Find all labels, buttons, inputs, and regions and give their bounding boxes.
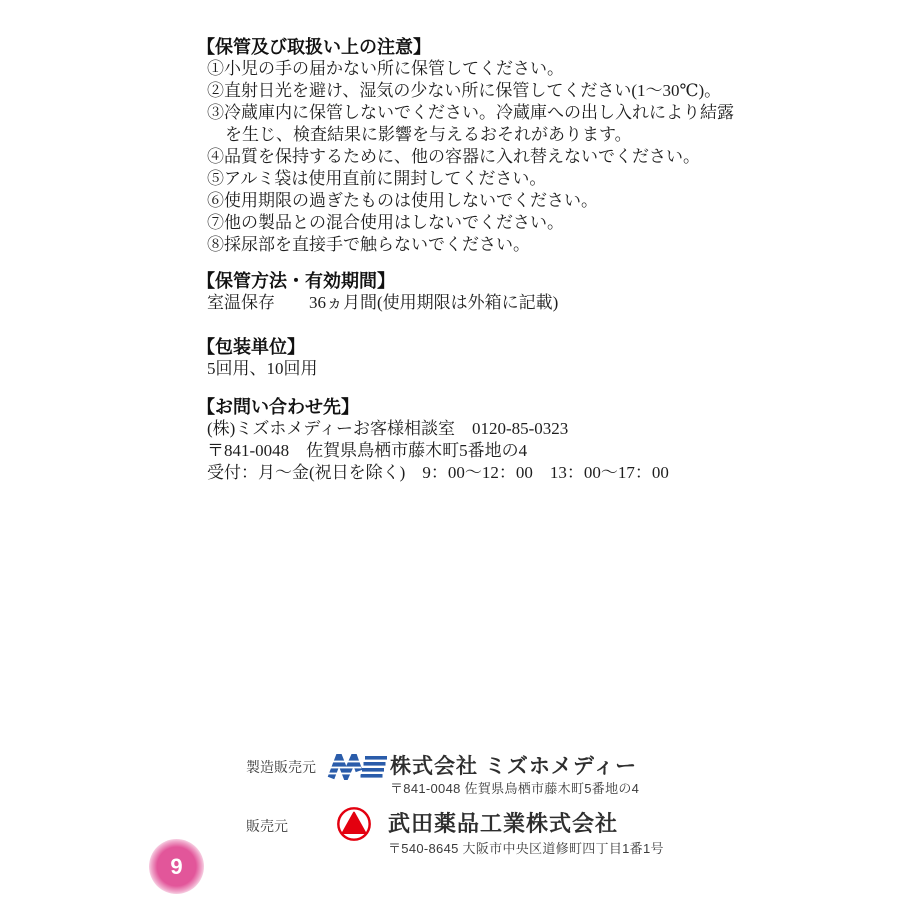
notice-line-7: ⑦他の製品との混合使用はしないでください。 [197,212,797,234]
takeda-circle-triangle-logo-icon [335,805,373,843]
mizuho-me-logo-icon [327,754,389,780]
notice-line-2: ②直射日光を避け、湿気の少ない所に保管してください(1～30℃)。 [197,80,797,102]
section-contact: 【お問い合わせ先】 (株)ミズホメディーお客様相談室 0120-85-0323 … [197,396,797,484]
distributor-address: 〒540-8645 大阪市中央区道修町四丁目1番1号 [388,838,664,857]
package-unit-line: 5回用、10回用 [197,358,797,380]
notice-line-8: ⑧採尿部を直接手で触らないでください。 [197,234,797,256]
section-heading: 【保管及び取扱い上の注意】 [197,36,797,58]
section-heading: 【包装単位】 [197,336,797,358]
page-number: 9 [170,854,182,880]
notice-line-3: ③冷蔵庫内に保管しないでください。冷蔵庫への出し入れにより結露 [197,102,797,124]
notice-line-4: ④品質を保持するために、他の容器に入れ替えないでください。 [197,146,797,168]
contact-address-line: 〒841-0048 佐賀県鳥栖市藤木町5番地の4 [197,440,797,462]
contact-phone-line: (株)ミズホメディーお客様相談室 0120-85-0323 [197,418,797,440]
notice-line-5: ⑤アルミ袋は使用直前に開封してください。 [197,168,797,190]
notice-line-3-continued: を生じ、検査結果に影響を与えるおそれがあります。 [197,124,797,146]
page-number-badge: 9 [149,839,204,894]
document-body: 【保管及び取扱い上の注意】 ①小児の手の届かない所に保管してください。 ②直射日… [197,36,797,484]
section-package-unit: 【包装単位】 5回用、10回用 [197,336,797,380]
section-heading: 【保管方法・有効期間】 [197,270,797,292]
section-heading: 【お問い合わせ先】 [197,396,797,418]
notice-line-6: ⑥使用期限の過ぎたものは使用しないでください。 [197,190,797,212]
section-storage-validity: 【保管方法・有効期間】 室温保存 36ヵ月間(使用期限は外箱に記載) [197,270,797,314]
section-storage-handling: 【保管及び取扱い上の注意】 ①小児の手の届かない所に保管してください。 ②直射日… [197,36,797,256]
contact-hours-line: 受付：月～金(祝日を除く) 9：00～12：00 13：00～17：00 [197,462,797,484]
distributor-label: 販売元 [246,816,288,836]
storage-validity-line: 室温保存 36ヵ月間(使用期限は外箱に記載) [197,292,797,314]
manufacturer-company-name: 株式会社 ミズホメディー [390,750,637,780]
manufacturer-label: 製造販売元 [246,757,316,777]
distributor-company-name: 武田薬品工業株式会社 [388,807,618,838]
notice-line-1: ①小児の手の届かない所に保管してください。 [197,58,797,80]
manufacturer-address: 〒841-0048 佐賀県鳥栖市藤木町5番地の4 [390,778,639,797]
